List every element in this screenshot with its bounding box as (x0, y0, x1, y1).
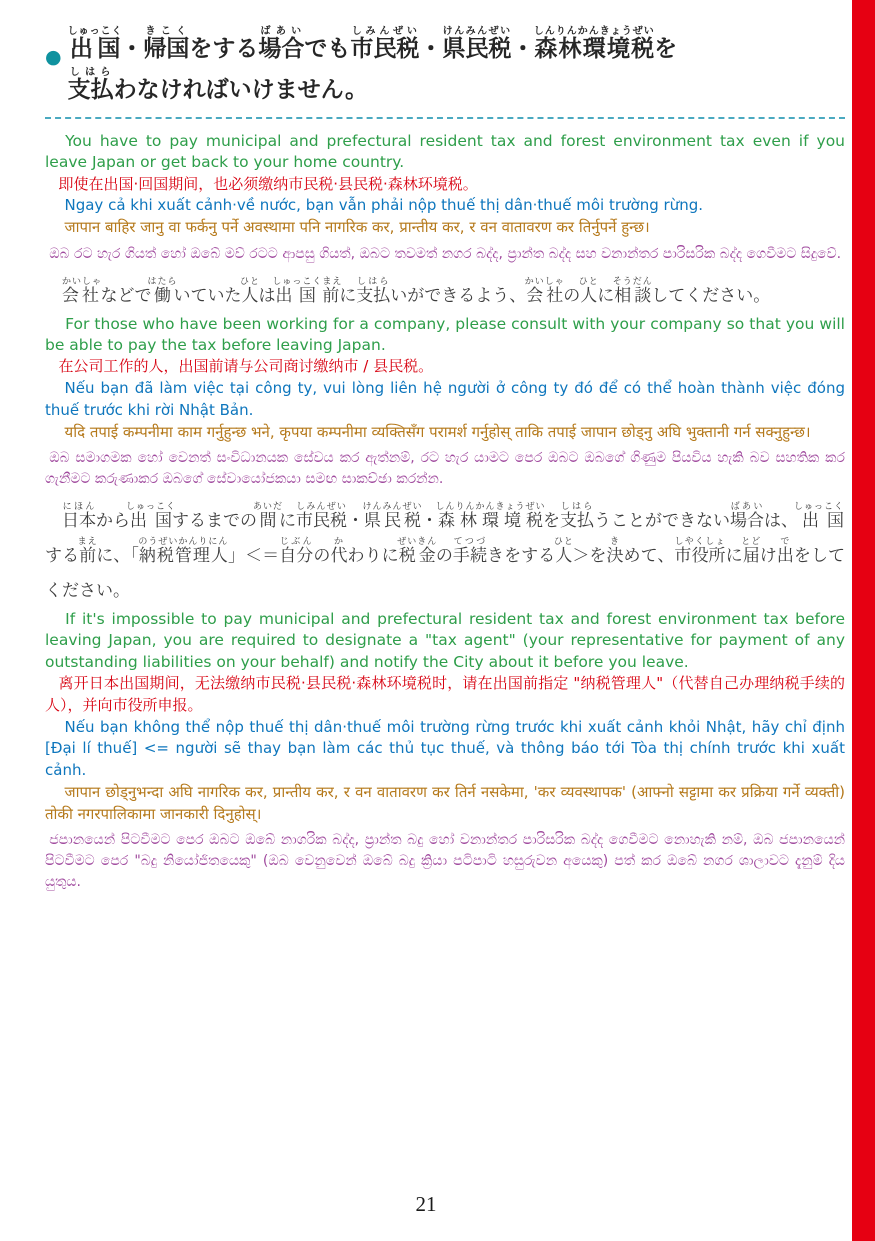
paragraph-vietnamese: Ngay cả khi xuất cảnh·về nước, bạn vẫn p… (45, 195, 845, 217)
section-heading-text: 出国しゅっこく・帰国きこくをする場合ばあいでも市民税しみんぜい・県民税けんみんぜ… (68, 26, 678, 111)
paragraph-chinese: 即使在出国·回国期间，也必须缴纳市民税·县民税·森林环境税。 (45, 174, 845, 196)
paragraph-nepali: जापान बाहिर जानु वा फर्कनु पर्ने अवस्थाम… (45, 217, 845, 239)
paragraph-sinhala: ජපානයෙන් පිටවීමට පෙර ඔබට ඔබේ නාගරික බද්ද… (45, 830, 845, 893)
paragraph-english: For those who have been working for a co… (45, 314, 845, 357)
paragraph-vietnamese: Nếu bạn đã làm việc tại công ty, vui lòn… (45, 378, 845, 422)
paragraph-block-company: 会社かいしゃなどで働はたらいていた人ひとは出国前しゅっこくまえに支払しはらいがで… (45, 277, 845, 491)
paragraph-chinese: 离开日本出国期间，无法缴纳市民税·县民税·森林环境税时，请在出国前指定 "纳税管… (45, 673, 845, 717)
paragraph-chinese: 在公司工作的人，出国前请与公司商讨缴纳市 / 县民税。 (45, 356, 845, 378)
paragraph-english: If it's impossible to pay municipal and … (45, 609, 845, 673)
paragraph-japanese: 会社かいしゃなどで働はたらいていた人ひとは出国前しゅっこくまえに支払しはらいがで… (45, 277, 845, 314)
document-page: ● 出国しゅっこく・帰国きこくをする場合ばあいでも市民税しみんぜい・県民税けんみ… (0, 0, 875, 1241)
paragraph-japanese: 日本にほんから出国しゅっこくするまでの間あいだに市民税しみんぜい・県民税けんみん… (45, 502, 845, 609)
page-content: ● 出国しゅっこく・帰国きこくをする場合ばあいでも市民税しみんぜい・県民税けんみ… (45, 26, 845, 893)
page-number: 21 (0, 1192, 852, 1217)
paragraph-english: You have to pay municipal and prefectura… (45, 131, 845, 174)
paragraph-block-tax-agent: 日本にほんから出国しゅっこくするまでの間あいだに市民税しみんぜい・県民税けんみん… (45, 502, 845, 893)
paragraph-vietnamese: Nếu bạn không thể nộp thuế thị dân·thuế … (45, 717, 845, 782)
page-edge-red-bar (852, 0, 875, 1241)
bullet-icon: ● (45, 48, 62, 67)
paragraph-block-intro: You have to pay municipal and prefectura… (45, 131, 845, 265)
paragraph-sinhala: ඔබ රට හැර ගියත් හෝ ඔබේ මව් රටට ආපසු ගියත… (45, 244, 845, 265)
section-heading: ● 出国しゅっこく・帰国きこくをする場合ばあいでも市民税しみんぜい・県民税けんみ… (45, 26, 845, 119)
paragraph-sinhala: ඔබ සමාගමක හෝ වෙනත් සංවිධානයක සේවය කර ඇත්… (45, 448, 845, 490)
paragraph-nepali: यदि तपाई कम्पनीमा काम गर्नुहुन्छ भने, कृ… (45, 422, 845, 444)
paragraph-nepali: जापान छोड्नुभन्दा अघि नागरिक कर, प्रान्त… (45, 782, 845, 826)
